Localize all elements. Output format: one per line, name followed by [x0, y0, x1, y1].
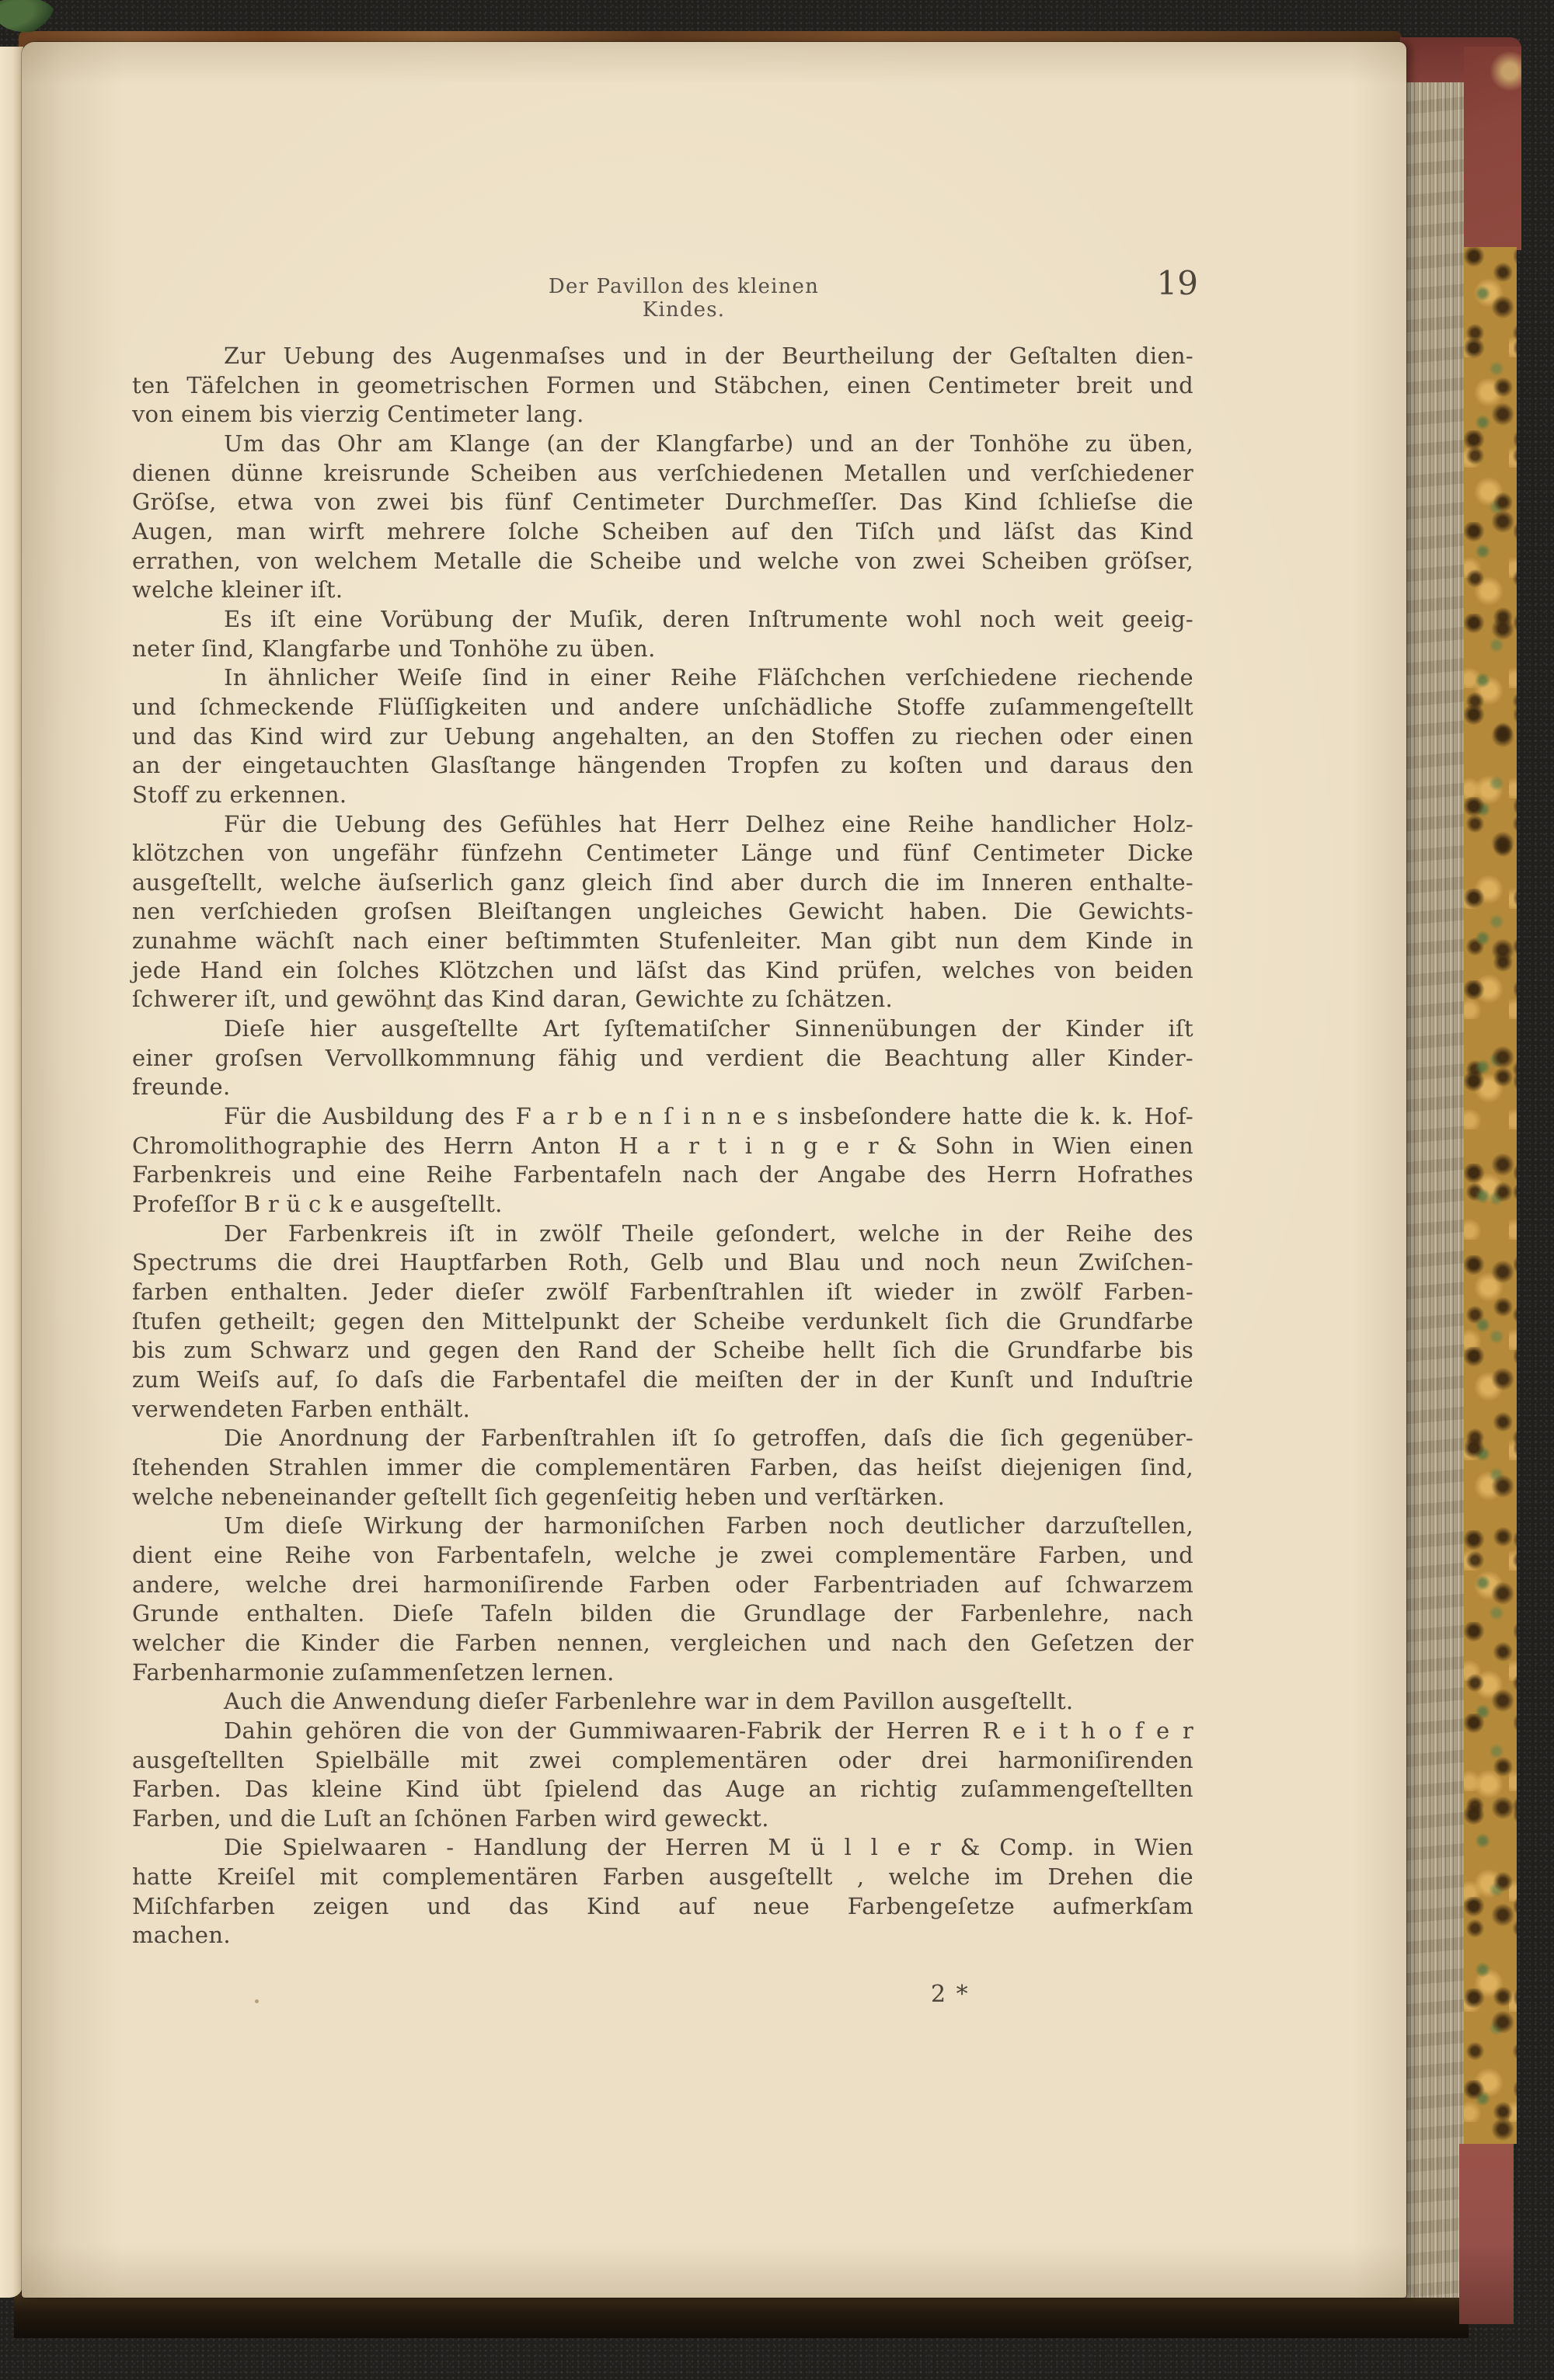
leather-cover-side	[1464, 47, 1521, 250]
page-left-fold	[0, 47, 23, 2298]
marbled-cover-edge	[1464, 247, 1517, 2144]
text-line: Profeſſor B r ü c k e ausgeſtellt.	[132, 1190, 1193, 1220]
text-line: andere, welche drei harmoniſirende Farbe…	[132, 1571, 1193, 1600]
text-line: Farben, und die Luſt an ſchönen Farben w…	[132, 1804, 1193, 1834]
text-line: Miſchfarben zeigen und das Kind auf neue…	[132, 1892, 1193, 1922]
running-head: Der Pavillon des kleinen Kindes.	[505, 275, 862, 322]
text-line: ten Täfelchen in geometrischen Formen un…	[132, 371, 1193, 401]
text-line: ausgeſtellten Spielbälle mit zwei comple…	[132, 1746, 1193, 1776]
text-line: Augen, man wirft mehrere ſolche Scheiben…	[132, 517, 1193, 547]
text-line: welche nebeneinander geſtellt ſich gegen…	[132, 1483, 1193, 1512]
text-line: Farbenkreis und eine Reihe Farbentafeln …	[132, 1160, 1193, 1190]
text-line: welche kleiner iſt.	[132, 576, 1193, 605]
text-line: Für die Ausbildung des F a r b e n ſ i n…	[132, 1102, 1193, 1132]
text-line: Die Anordnung der Farbenſtrahlen iſt ſo …	[132, 1424, 1193, 1453]
text-line: Es iſt eine Vorübung der Muſik, deren In…	[132, 605, 1193, 635]
text-line: zum Weiſs auf, ſo daſs die Farbentafel d…	[132, 1366, 1193, 1395]
text-line: dient eine Reihe von Farbentafeln, welch…	[132, 1541, 1193, 1571]
text-line: ſchwerer iſt, und gewöhnt das Kind daran…	[132, 985, 1193, 1014]
text-line: Für die Uebung des Gefühles hat Herr Del…	[132, 810, 1193, 840]
book-scan: Der Pavillon des kleinen Kindes. 19 Zur …	[0, 0, 1554, 2380]
text-line: nen verſchieden groſsen Bleiſtangen ungl…	[132, 897, 1193, 927]
text-line: farben enthalten. Jeder dieſer zwölf Far…	[132, 1278, 1193, 1307]
text-line: verwendeten Farben enthält.	[132, 1395, 1193, 1425]
paper-speck	[255, 1999, 259, 2003]
paper-speck	[939, 539, 942, 542]
text-line: Um dieſe Wirkung der harmoniſchen Farben…	[132, 1512, 1193, 1541]
page: Der Pavillon des kleinen Kindes. 19 Zur …	[22, 42, 1406, 2298]
text-line: machen.	[132, 1921, 1193, 1950]
text-line: freunde.	[132, 1073, 1193, 1102]
text-line: Chromolithographie des Herrn Anton H a r…	[132, 1132, 1193, 1161]
text-line: Zur Uebung des Augenmaſses und in der Be…	[132, 342, 1193, 371]
text-line: Um das Ohr am Klange (an der Klangfarbe)…	[132, 430, 1193, 459]
text-line: klötzchen von ungefähr fünfzehn Centimet…	[132, 839, 1193, 868]
text-line: bis zum Schwarz und gegen den Rand der S…	[132, 1336, 1193, 1366]
text-line: Gröſse, etwa von zwei bis fünf Centimete…	[132, 488, 1193, 517]
text-line: dienen dünne kreisrunde Scheiben aus ver…	[132, 459, 1193, 489]
text-line: hatte Kreiſel mit complementären Farben …	[132, 1863, 1193, 1892]
text-line: errathen, von welchem Metalle die Scheib…	[132, 547, 1193, 576]
text-line: welcher die Kinder die Farben nennen, ve…	[132, 1629, 1193, 1658]
text-block: Zur Uebung des Augenmaſses und in der Be…	[132, 342, 1193, 1950]
text-line: einer groſsen Vervollkommnung fähig und …	[132, 1044, 1193, 1073]
text-line: ſtufen getheilt; gegen den Mittelpunkt d…	[132, 1307, 1193, 1337]
text-line: Der Farbenkreis iſt in zwölf Theile geſo…	[132, 1220, 1193, 1249]
leather-cover-bottom-corner	[1459, 2144, 1514, 2324]
text-line: In ähnlicher Weiſe ſind in einer Reihe F…	[132, 663, 1193, 693]
text-line: Grunde enthalten. Dieſe Tafeln bilden di…	[132, 1599, 1193, 1629]
text-line: Auch die Anwendung dieſer Farbenlehre wa…	[132, 1687, 1193, 1717]
text-line: und das Kind wird zur Uebung angehalten,…	[132, 722, 1193, 752]
paper-speck	[426, 1005, 430, 1010]
text-line: Dahin gehören die von der Gummiwaaren-Fa…	[132, 1717, 1193, 1746]
text-line: ſtehenden Strahlen immer die complementä…	[132, 1453, 1193, 1483]
text-line: ausgeſtellt, welche äuſserlich ganz glei…	[132, 868, 1193, 898]
text-line: von einem bis vierzig Centimeter lang.	[132, 400, 1193, 430]
text-line: Die Spielwaaren - Handlung der Herren M …	[132, 1833, 1193, 1863]
text-line: an der eingetauchten Glasſtange hängende…	[132, 751, 1193, 781]
text-line: zunahme wächſt nach einer beſtimmten Stu…	[132, 927, 1193, 956]
text-line: Stoff zu erkennen.	[132, 781, 1193, 810]
book-bottom-cover-shadow	[14, 2293, 1469, 2338]
page-number: 19	[1120, 264, 1198, 302]
text-line: Spectrums die drei Hauptfarben Roth, Gel…	[132, 1248, 1193, 1278]
signature-mark: 2 *	[931, 1981, 1009, 2008]
text-line: jede Hand ein ſolches Klötzchen und läſs…	[132, 956, 1193, 986]
text-line: Farbenharmonie zuſammenſetzen lernen.	[132, 1658, 1193, 1688]
text-line: und ſchmeckende Flüſſigkeiten und andere…	[132, 693, 1193, 722]
text-line: neter ſind, Klangfarbe und Tonhöhe zu üb…	[132, 635, 1193, 664]
text-line: Dieſe hier ausgeſtellte Art ſyſtematiſch…	[132, 1014, 1193, 1044]
text-line: Farben. Das kleine Kind übt ſpielend das…	[132, 1775, 1193, 1804]
